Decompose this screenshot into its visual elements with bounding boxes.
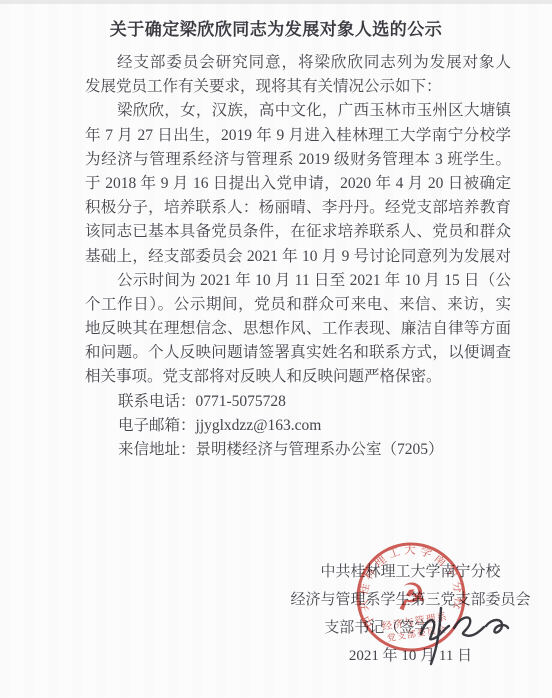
- body-line: 基础上，经支部委员会 2021 年 10 月 9 号讨论同意列为发展对象人选。: [85, 245, 511, 269]
- page-title: 关于确定梁欣欣同志为发展对象人选的公示: [0, 15, 552, 40]
- contact-phone-line: 联系电话：0771-5075728: [85, 390, 511, 414]
- body-line: 发展党员工作有关要求，现将其有关情况公示如下：: [85, 75, 511, 99]
- contact-email-label: 电子邮箱：: [118, 417, 196, 434]
- body-line: 梁欣欣，女，汉族，高中文化，广西玉林市玉州区大塘镇人，1999: [85, 99, 511, 123]
- body-line: 公示时间为 2021 年 10 月 11 日至 2021 年 10 月 15 日…: [85, 269, 511, 293]
- document-page: 关于确定梁欣欣同志为发展对象人选的公示 经支部委员会研究同意，将梁欣欣同志列为发…: [0, 0, 552, 698]
- body-line: 个工作日）。公示期间，党员和群众可来电、来信、来访，实事求是: [85, 293, 511, 317]
- scan-edge: [0, 0, 552, 4]
- body-line: 和问题。个人反映问题请签署真实姓名和联系方式，以便调查和反馈: [85, 341, 511, 365]
- contact-mail-value: 景明楼经济与管理系办公室（7205）: [196, 441, 444, 458]
- body-line: 积极分子，培养联系人：杨丽晴、李丹丹。经党支部培养教育和考察，: [85, 196, 511, 220]
- body-line: 地反映其在理想信念、思想作风、工作表现、廉洁自律等方面的情况: [85, 317, 511, 341]
- body-line: 于 2018 年 9 月 16 日提出入党申请，2020 年 4 月 20 日被…: [85, 172, 511, 196]
- contact-email-value: jjyglxdzz@163.com: [196, 417, 322, 434]
- body-line: 该同志已基本具备党员条件，在征求培养联系人、党员和群众意见的: [85, 220, 511, 244]
- contact-phone-label: 联系电话：: [118, 393, 196, 410]
- contact-phone-value: 0771-5075728: [196, 393, 286, 410]
- contact-mail-label: 来信地址：: [118, 441, 196, 458]
- body-line: 为经济与管理系经济与管理系 2019 级财务管理本 3 班学生。该同志: [85, 148, 511, 172]
- contact-mail-line: 来信地址：景明楼经济与管理系办公室（7205）: [85, 438, 511, 462]
- handwritten-signature: [416, 604, 516, 668]
- body-line: 相关事项。党支部将对反映人和反映问题严格保密。: [85, 365, 511, 389]
- contact-email-line: 电子邮箱：jjyglxdzz@163.com: [85, 414, 511, 438]
- body-line: 年 7 月 27 日出生，2019 年 9 月进入桂林理工大学南宁分校学习，现: [85, 124, 511, 148]
- body-line: 经支部委员会研究同意，将梁欣欣同志列为发展对象人选。根据: [85, 51, 511, 75]
- notice-body: 经支部委员会研究同意，将梁欣欣同志列为发展对象人选。根据 发展党员工作有关要求，…: [85, 51, 511, 462]
